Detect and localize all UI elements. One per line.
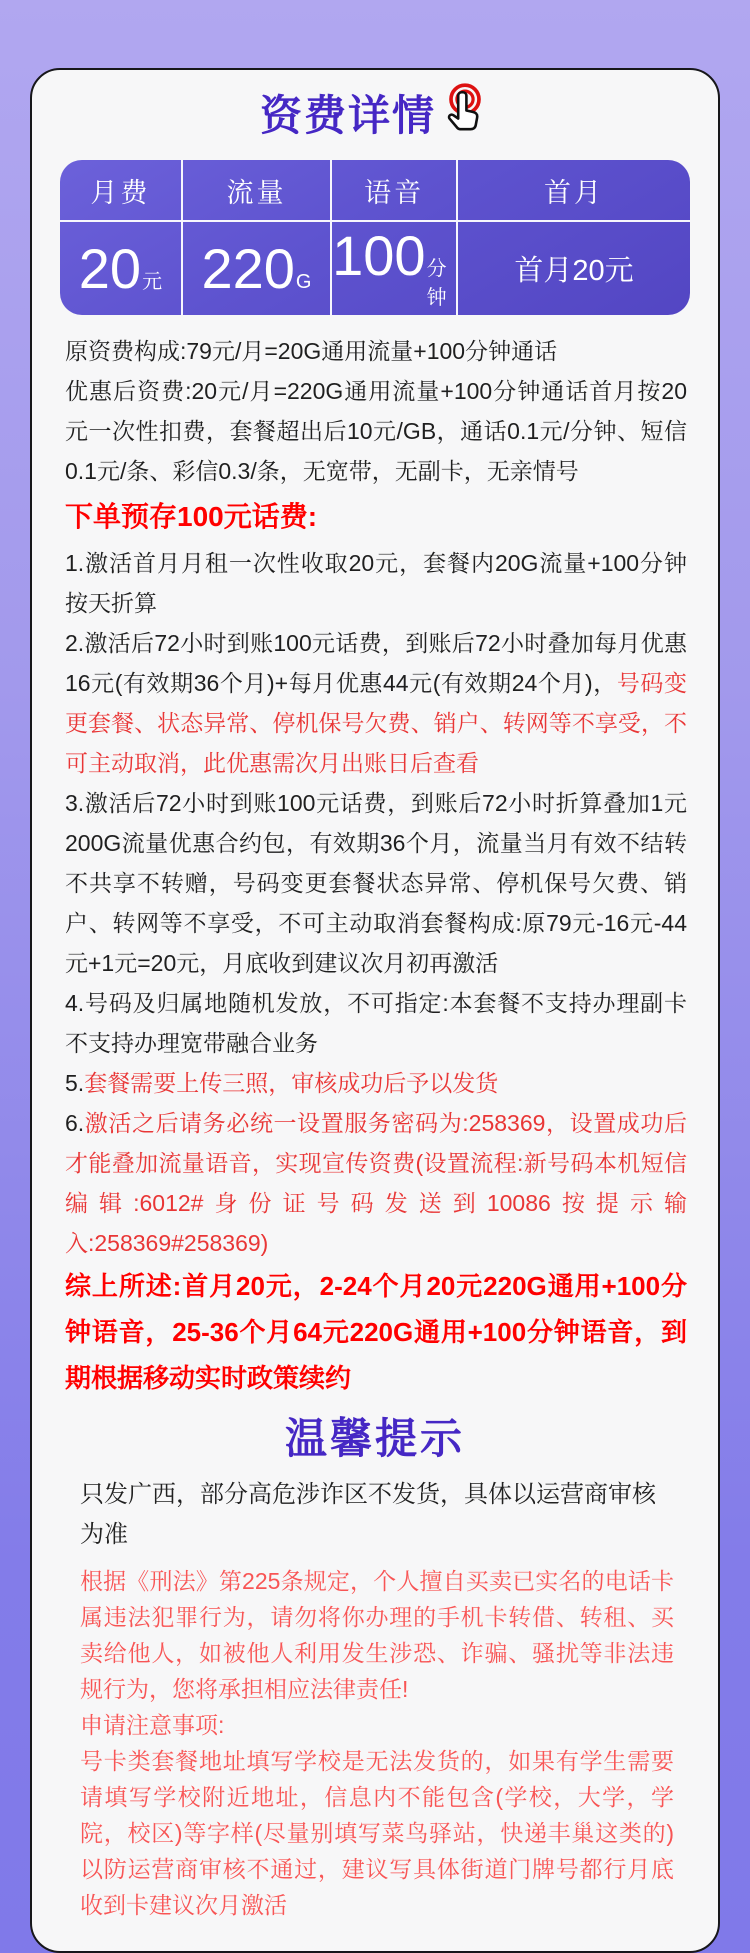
list-item-3: 3.激活后72小时到账100元话费，到账后72小时折算叠加1元200G流量优惠合…: [65, 783, 687, 983]
list-item-4: 4.号码及归属地随机发放，不可指定:本套餐不支持办理副卡不支持办理宽带融合业务: [65, 983, 687, 1063]
tip-shipping-restriction: 只发广西，部分高危涉诈区不发货，具体以运营商审核为准: [80, 1475, 674, 1555]
paragraph-discount-tariff: 优惠后资费:20元/月=220G通用流量+100分钟通话首月按20元一次性扣费，…: [65, 371, 687, 491]
data-value: 220: [201, 241, 294, 297]
text-segment-red: 激活之后请务必统一设置服务密码为:258369，设置成功后才能叠加流量语音，实现…: [65, 1110, 687, 1256]
plan-table: 月费 流量 语音 首月 20 元 220 G 100 分钟: [60, 160, 690, 315]
plan-table-header-first-month: 首月: [458, 160, 690, 220]
plan-table-header-monthly-fee: 月费: [60, 160, 183, 220]
page-background: { "page": { "title": "资费详情", "tips_title…: [0, 68, 750, 1953]
plan-value-first-month: 首月20元: [458, 222, 690, 315]
value-group: 100 分钟: [332, 228, 456, 310]
voice-unit: 分钟: [427, 252, 457, 310]
plan-table-header-row: 月费 流量 语音 首月: [60, 160, 690, 220]
list-item-2: 2.激活后72小时到账100元话费，到账后72小时叠加每月优惠16元(有效期36…: [65, 623, 687, 783]
plan-table-value-row: 20 元 220 G 100 分钟 首月20元: [60, 220, 690, 315]
plan-value-data: 220 G: [183, 222, 332, 315]
plan-table-header-data: 流量: [183, 160, 332, 220]
plan-table-header-voice: 语音: [332, 160, 458, 220]
paragraph-original-tariff: 原资费构成:79元/月=20G通用流量+100分钟通话: [65, 331, 687, 371]
tip-legal-warning: 根据《刑法》第225条规定，个人擅自买卖已实名的电话卡属违法犯罪行为，请勿将你办…: [80, 1563, 674, 1707]
page-title: 资费详情: [260, 90, 436, 142]
list-item-1: 1.激活首月月租一次性收取20元，套餐内20G流量+100分钟按天折算: [65, 543, 687, 623]
summary-paragraph: 综上所述:首月20元，2-24个月20元220G通用+100分钟语音，25-36…: [65, 1263, 687, 1401]
plan-value-monthly-fee: 20 元: [60, 222, 183, 315]
tip-notice-heading: 申请注意事项:: [80, 1707, 674, 1743]
monthly-fee-value: 20: [79, 241, 141, 297]
tap-click-icon: [440, 82, 490, 143]
list-number: 5.: [65, 1070, 84, 1096]
tips-title: 温馨提示: [32, 1415, 718, 1463]
tariff-detail-card: 资费详情 月费 流量 语音 首月 20 元 220: [30, 68, 720, 1953]
plan-value-voice: 100 分钟: [332, 222, 458, 315]
value-group: 220 G: [201, 241, 311, 297]
list-item-5: 5.套餐需要上传三照，审核成功后予以发货: [65, 1063, 687, 1103]
voice-value: 100: [332, 228, 425, 284]
value-group: 20 元: [79, 241, 162, 297]
details-section: 原资费构成:79元/月=20G通用流量+100分钟通话 优惠后资费:20元/月=…: [32, 315, 718, 1401]
tips-section: 只发广西，部分高危涉诈区不发货，具体以运营商审核为准 根据《刑法》第225条规定…: [32, 1475, 718, 1923]
list-item-6: 6.激活之后请务必统一设置服务密码为:258369，设置成功后才能叠加流量语音，…: [65, 1103, 687, 1263]
prepay-heading: 下单预存100元话费:: [65, 491, 687, 543]
text-segment-red: 套餐需要上传三照，审核成功后予以发货: [84, 1070, 498, 1096]
list-number: 6.: [65, 1110, 84, 1136]
monthly-fee-unit: 元: [142, 265, 162, 294]
text-segment-black: 2.激活后72小时到账100元话费，到账后72小时叠加每月优惠16元(有效期36…: [65, 630, 687, 696]
title-row: 资费详情: [32, 90, 718, 152]
tip-address-notice: 号卡类套餐地址填写学校是无法发货的，如果有学生需要请填写学校附近地址，信息内不能…: [80, 1743, 674, 1923]
data-unit: G: [296, 271, 312, 294]
